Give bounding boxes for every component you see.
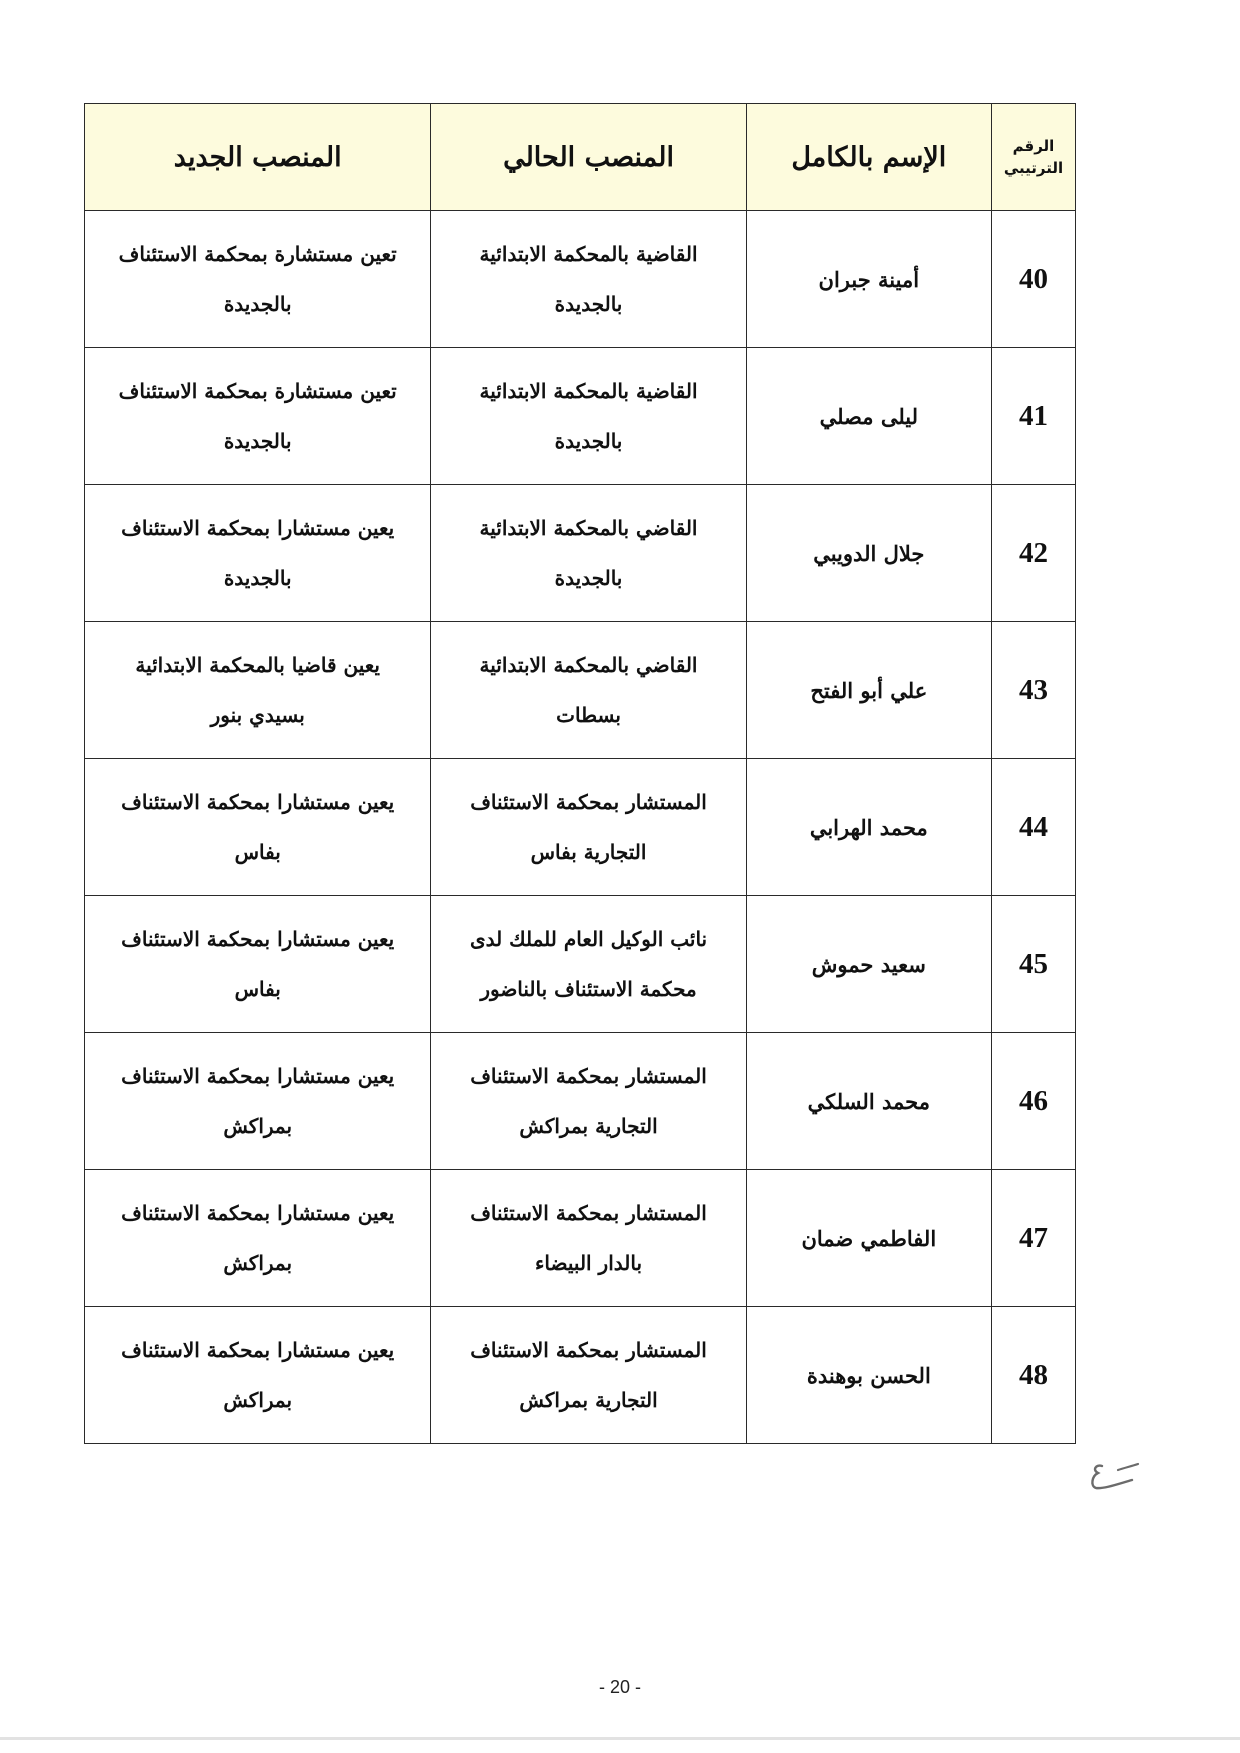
current-position-cell: نائب الوكيل العام للملك لدى محكمة الاستئ… [431,896,746,1033]
new-position-cell: يعين مستشارا بمحكمة الاستئناف بفاس [85,896,431,1033]
current-position-line2: بالجديدة [439,279,737,329]
current-position-cell: المستشار بمحكمة الاستئناف التجارية بمراك… [431,1307,746,1444]
new-position-line1: يعين مستشارا بمحكمة الاستئناف [93,1188,422,1238]
table-header: الرقم الترتيبي الإسم بالكامل المنصب الحا… [85,104,1076,211]
full-name-cell: محمد الهرابي [746,759,991,896]
header-full-name: الإسم بالكامل [746,104,991,211]
new-position-cell: يعين مستشارا بمحكمة الاستئناف بمراكش [85,1170,431,1307]
current-position-cell: القاضية بالمحكمة الابتدائية بالجديدة [431,348,746,485]
new-position-line2: بمراكش [93,1238,422,1288]
new-position-line2: بمراكش [93,1101,422,1151]
header-serial-number: الرقم الترتيبي [991,104,1075,211]
current-position-line2: محكمة الاستئناف بالناضور [439,964,737,1014]
current-position-line1: القاضي بالمحكمة الابتدائية [439,640,737,690]
current-position-line2: التجارية بمراكش [439,1375,737,1425]
serial-number-cell: 44 [991,759,1075,896]
new-position-line2: بالجديدة [93,553,422,603]
new-position-line2: بمراكش [93,1375,422,1425]
new-position-line1: يعين مستشارا بمحكمة الاستئناف [93,777,422,827]
current-position-cell: القاضية بالمحكمة الابتدائية بالجديدة [431,211,746,348]
scan-edge-divider [0,1737,1240,1740]
full-name-cell: ليلى مصلي [746,348,991,485]
serial-number-cell: 45 [991,896,1075,1033]
new-position-line2: بالجديدة [93,279,422,329]
new-position-line2: بفاس [93,964,422,1014]
full-name-cell: محمد السلكي [746,1033,991,1170]
new-position-cell: تعين مستشارة بمحكمة الاستئناف بالجديدة [85,211,431,348]
new-position-line2: بالجديدة [93,416,422,466]
new-position-cell: يعين مستشارا بمحكمة الاستئناف بمراكش [85,1307,431,1444]
table-body: 40 أمينة جبران القاضية بالمحكمة الابتدائ… [85,211,1076,1444]
page-number: - 20 - [0,1677,1240,1698]
full-name-cell: علي أبو الفتح [746,622,991,759]
new-position-line2: بسيدي بنور [93,690,422,740]
new-position-line1: تعين مستشارة بمحكمة الاستئناف [93,366,422,416]
current-position-cell: القاضي بالمحكمة الابتدائية بسطات [431,622,746,759]
table-row: 42 جلال الدويبي القاضي بالمحكمة الابتدائ… [85,485,1076,622]
header-serial-number-line1: الرقم [1000,135,1067,157]
current-position-line1: القاضية بالمحكمة الابتدائية [439,229,737,279]
current-position-cell: المستشار بمحكمة الاستئناف بالدار البيضاء [431,1170,746,1307]
handwritten-signature-icon [1088,1458,1148,1498]
current-position-line1: نائب الوكيل العام للملك لدى [439,914,737,964]
current-position-line1: المستشار بمحكمة الاستئناف [439,1188,737,1238]
table-row: 43 علي أبو الفتح القاضي بالمحكمة الابتدا… [85,622,1076,759]
table-row: 48 الحسن بوهندة المستشار بمحكمة الاستئنا… [85,1307,1076,1444]
full-name-cell: أمينة جبران [746,211,991,348]
new-position-line1: تعين مستشارة بمحكمة الاستئناف [93,229,422,279]
handwritten-initials-mark [1088,1458,1148,1498]
full-name-cell: الحسن بوهندة [746,1307,991,1444]
current-position-line1: المستشار بمحكمة الاستئناف [439,1325,737,1375]
table-row: 45 سعيد حموش نائب الوكيل العام للملك لدى… [85,896,1076,1033]
serial-number-cell: 42 [991,485,1075,622]
new-position-cell: يعين مستشارا بمحكمة الاستئناف بالجديدة [85,485,431,622]
header-serial-number-line2: الترتيبي [1000,157,1067,179]
current-position-line1: المستشار بمحكمة الاستئناف [439,777,737,827]
serial-number-cell: 46 [991,1033,1075,1170]
serial-number-cell: 43 [991,622,1075,759]
new-position-line1: يعين مستشارا بمحكمة الاستئناف [93,503,422,553]
table-row: 47 الفاطمي ضمان المستشار بمحكمة الاستئنا… [85,1170,1076,1307]
serial-number-cell: 41 [991,348,1075,485]
new-position-cell: تعين مستشارة بمحكمة الاستئناف بالجديدة [85,348,431,485]
current-position-line1: المستشار بمحكمة الاستئناف [439,1051,737,1101]
serial-number-cell: 48 [991,1307,1075,1444]
header-new-position: المنصب الجديد [85,104,431,211]
table-row: 40 أمينة جبران القاضية بالمحكمة الابتدائ… [85,211,1076,348]
new-position-cell: يعين مستشارا بمحكمة الاستئناف بفاس [85,759,431,896]
full-name-cell: الفاطمي ضمان [746,1170,991,1307]
new-position-line1: يعين مستشارا بمحكمة الاستئناف [93,1051,422,1101]
current-position-line2: التجارية بمراكش [439,1101,737,1151]
current-position-line2: التجارية بفاس [439,827,737,877]
new-position-cell: يعين مستشارا بمحكمة الاستئناف بمراكش [85,1033,431,1170]
new-position-line1: يعين مستشارا بمحكمة الاستئناف [93,914,422,964]
serial-number-cell: 40 [991,211,1075,348]
full-name-cell: سعيد حموش [746,896,991,1033]
table-row: 44 محمد الهرابي المستشار بمحكمة الاستئنا… [85,759,1076,896]
current-position-line2: بالجديدة [439,416,737,466]
new-position-cell: يعين قاضيا بالمحكمة الابتدائية بسيدي بنو… [85,622,431,759]
new-position-line1: يعين قاضيا بالمحكمة الابتدائية [93,640,422,690]
serial-number-cell: 47 [991,1170,1075,1307]
new-position-line1: يعين مستشارا بمحكمة الاستئناف [93,1325,422,1375]
table-row: 46 محمد السلكي المستشار بمحكمة الاستئناف… [85,1033,1076,1170]
new-position-line2: بفاس [93,827,422,877]
current-position-line2: بالجديدة [439,553,737,603]
current-position-cell: المستشار بمحكمة الاستئناف التجارية بمراك… [431,1033,746,1170]
current-position-cell: المستشار بمحكمة الاستئناف التجارية بفاس [431,759,746,896]
header-row: الرقم الترتيبي الإسم بالكامل المنصب الحا… [85,104,1076,211]
header-current-position: المنصب الحالي [431,104,746,211]
current-position-cell: القاضي بالمحكمة الابتدائية بالجديدة [431,485,746,622]
full-name-cell: جلال الدويبي [746,485,991,622]
current-position-line1: القاضي بالمحكمة الابتدائية [439,503,737,553]
current-position-line2: بالدار البيضاء [439,1238,737,1288]
table-row: 41 ليلى مصلي القاضية بالمحكمة الابتدائية… [85,348,1076,485]
appointments-table: الرقم الترتيبي الإسم بالكامل المنصب الحا… [84,103,1076,1444]
current-position-line1: القاضية بالمحكمة الابتدائية [439,366,737,416]
current-position-line2: بسطات [439,690,737,740]
